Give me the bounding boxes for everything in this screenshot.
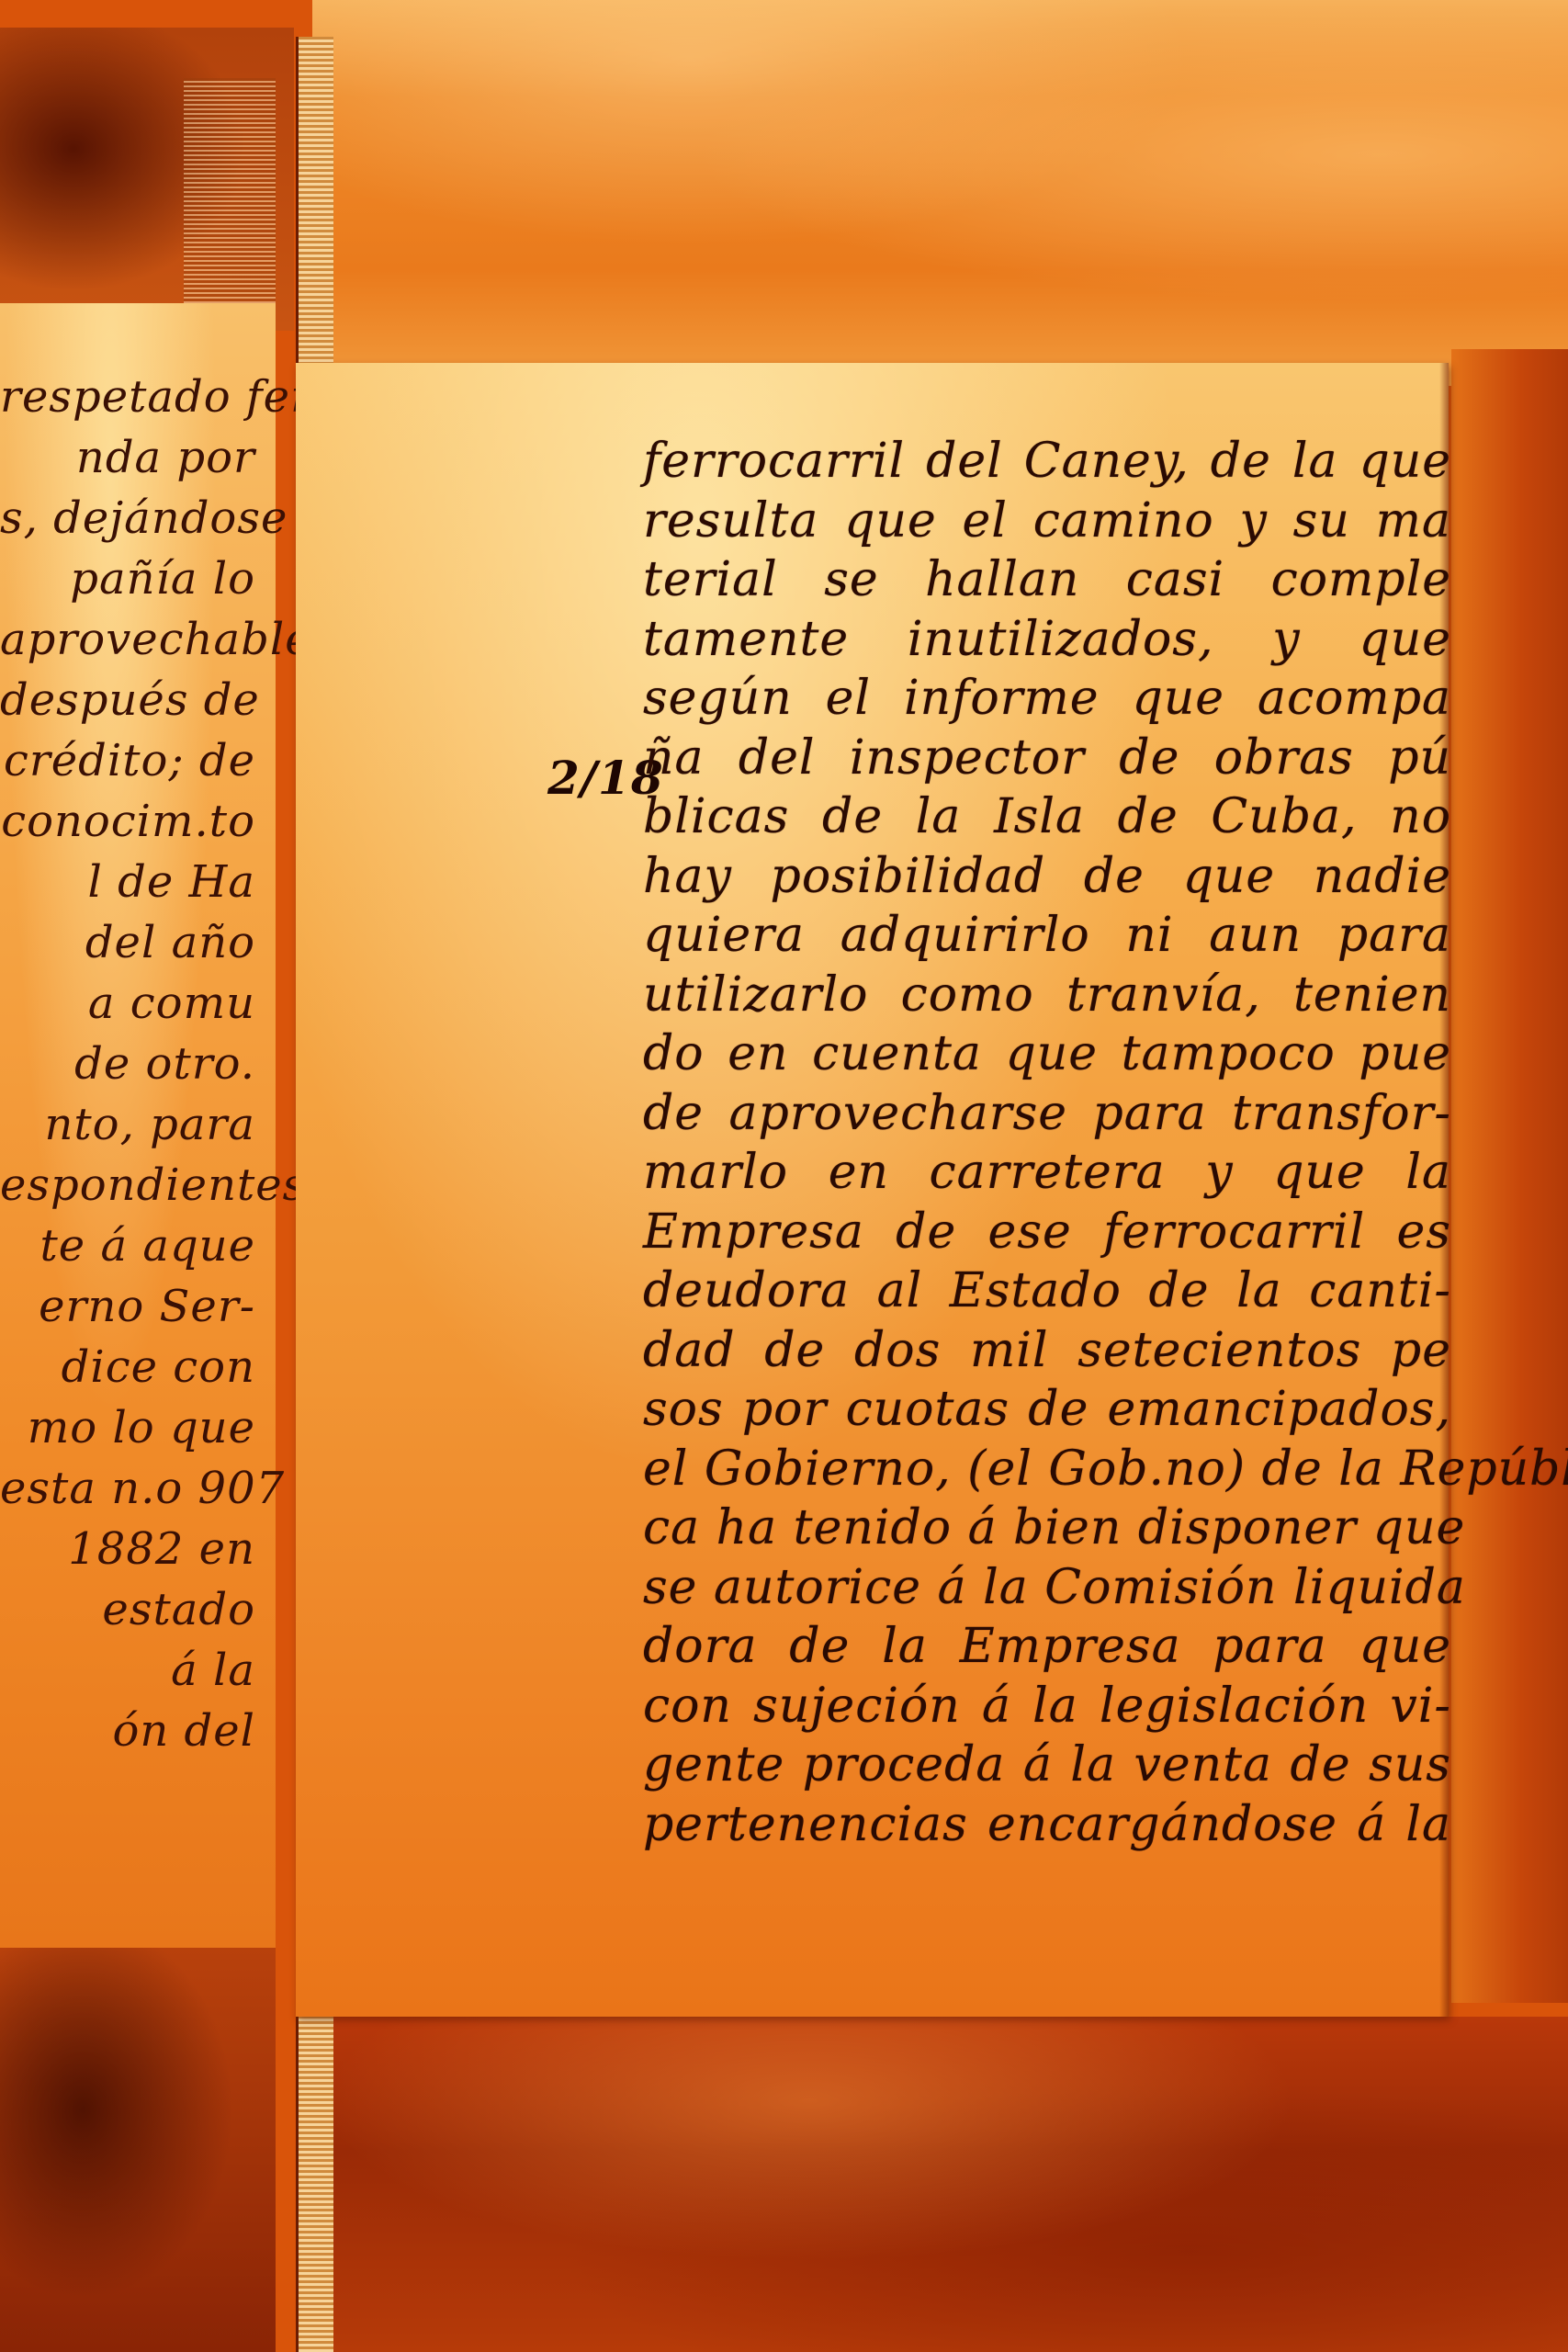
- main-line: según el informe que acompa: [643, 669, 1451, 729]
- left-line: del año: [0, 913, 276, 974]
- left-line: 1882 en: [0, 1520, 276, 1580]
- main-line: con sujeción á la legislación vi-: [643, 1677, 1451, 1736]
- main-line: do en cuenta que tampoco pue: [643, 1024, 1451, 1084]
- binding-gauze: [184, 78, 276, 335]
- main-line: de aprovecharse para transfor-: [643, 1084, 1451, 1144]
- main-line: dora de la Empresa para que: [643, 1617, 1451, 1677]
- left-line: crédito; de: [0, 731, 276, 792]
- main-line: resulta que el camino y su ma: [643, 492, 1451, 551]
- main-line: quiera adquirirlo ni aun para: [643, 906, 1451, 966]
- left-line: s, dejándose: [0, 489, 276, 549]
- backing-board-right: [1451, 349, 1568, 2003]
- left-page-text: respetado fer- nda por s, dejándose pañí…: [0, 367, 276, 1762]
- main-line: ferrocarril del Caney, de la que: [643, 432, 1451, 492]
- left-line: á la: [0, 1641, 276, 1702]
- main-line: deudora al Estado de la canti-: [643, 1261, 1451, 1321]
- left-line: erno Ser-: [0, 1277, 276, 1338]
- main-line: se autorice á la Comisión liquida: [643, 1558, 1451, 1618]
- left-line: nto, para: [0, 1095, 276, 1156]
- left-line: a comu: [0, 974, 276, 1035]
- main-line: pertenencias encargándose á la: [643, 1795, 1451, 1855]
- main-line: ña del inspector de obras pú: [643, 729, 1451, 788]
- main-line: el Gobierno, (el Gob.no) de la Repúbli-: [643, 1440, 1451, 1499]
- left-line: te á aque: [0, 1216, 276, 1277]
- left-volume-cover: [0, 28, 294, 331]
- left-line: esta n.o 907: [0, 1459, 276, 1520]
- left-volume-bottom: [0, 1948, 276, 2352]
- left-line: pañía lo: [0, 549, 276, 610]
- main-line: tamente inutilizados, y que: [643, 610, 1451, 670]
- main-line: gente proceda á la venta de sus: [643, 1736, 1451, 1795]
- main-line: hay posibilidad de que nadie: [643, 847, 1451, 907]
- main-line: ca ha tenido á bien disponer que: [643, 1498, 1451, 1558]
- left-line: conocim.to: [0, 792, 276, 853]
- left-line: espondientes: [0, 1156, 276, 1216]
- left-line: ón del: [0, 1702, 276, 1762]
- left-line: respetado fer-: [0, 367, 276, 428]
- left-line: nda por: [0, 428, 276, 489]
- main-line: sos por cuotas de emancipados,: [643, 1380, 1451, 1440]
- main-line: dad de dos mil setecientos pe: [643, 1321, 1451, 1381]
- left-line: después de: [0, 671, 276, 731]
- left-line: de otro.: [0, 1035, 276, 1095]
- left-line: mo lo que: [0, 1398, 276, 1459]
- backing-board-top: [312, 0, 1568, 386]
- main-line: marlo en carretera y que la: [643, 1143, 1451, 1203]
- main-line: terial se hallan casi comple: [643, 550, 1451, 610]
- main-line: blicas de la Isla de Cuba, no: [643, 787, 1451, 847]
- backing-board-bottom: [303, 2017, 1568, 2352]
- main-line: utilizarlo como tranvía, tenien: [643, 966, 1451, 1025]
- left-line: dice con: [0, 1338, 276, 1398]
- manuscript-photo: respetado fer- nda por s, dejándose pañí…: [0, 0, 1568, 2352]
- main-page-text: ferrocarril del Caney, de la que resulta…: [643, 432, 1451, 1854]
- main-line: Empresa de ese ferrocarril es: [643, 1203, 1451, 1262]
- left-line: estado: [0, 1580, 276, 1641]
- left-line: aprovechable: [0, 610, 276, 671]
- left-line: l de Ha: [0, 853, 276, 913]
